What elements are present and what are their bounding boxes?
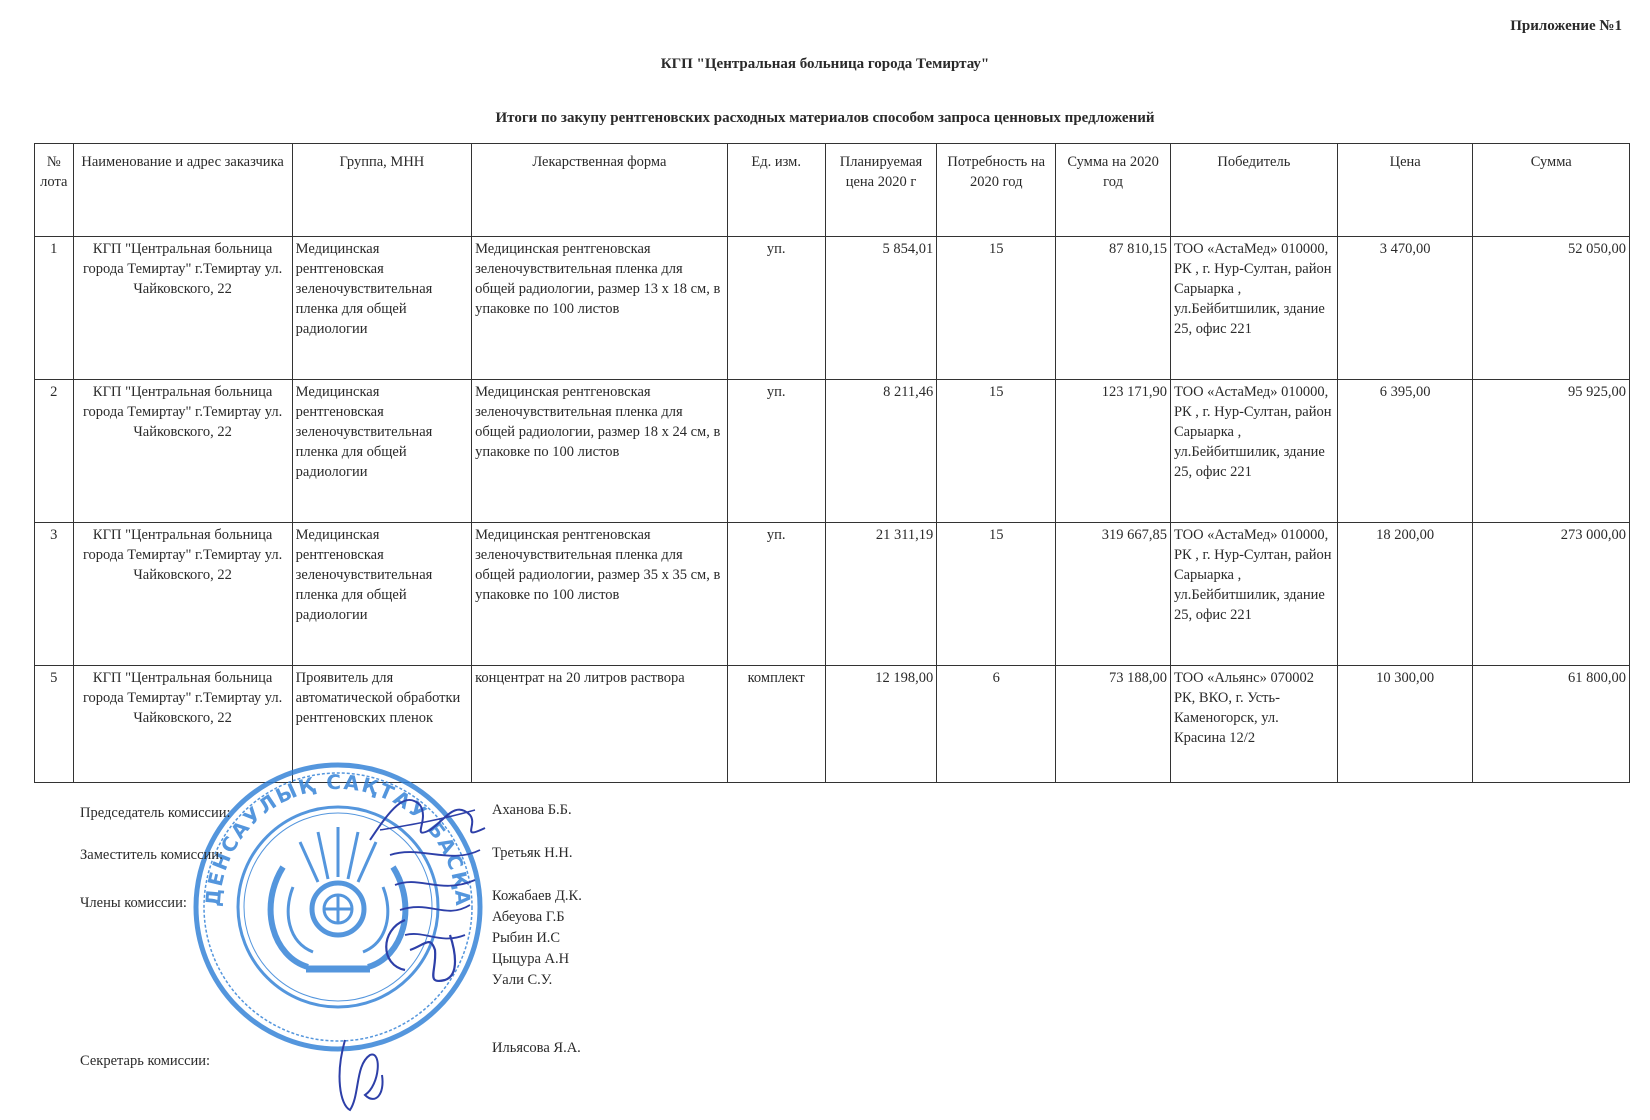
member-name: Цыцура А.Н [492, 951, 569, 968]
results-table: № лота Наименование и адрес заказчика Гр… [34, 143, 1630, 783]
customer-cell: КГП "Центральная больница города Темирта… [73, 523, 292, 666]
col-header-winner: Победитель [1170, 144, 1337, 237]
form-cell: концентрат на 20 литров раствора [472, 666, 728, 783]
lot-number: 3 [35, 523, 74, 666]
member-name: Уали С.У. [492, 972, 552, 989]
col-header-demand: Потребность на 2020 год [937, 144, 1056, 237]
planned-sum-cell: 123 171,90 [1056, 380, 1171, 523]
group-cell: Медицинская рентгеновская зеленочувствит… [292, 523, 471, 666]
planned-sum-cell: 87 810,15 [1056, 237, 1171, 380]
col-header-price: Цена [1337, 144, 1473, 237]
table-row: 3 КГП "Центральная больница города Темир… [35, 523, 1630, 666]
lot-number: 2 [35, 380, 74, 523]
planned-price-cell: 8 211,46 [825, 380, 937, 523]
lot-number: 5 [35, 666, 74, 783]
members-role: Члены комиссии: [80, 895, 187, 912]
form-cell: Медицинская рентгеновская зеленочувствит… [472, 380, 728, 523]
signature-icon [330, 1035, 390, 1115]
col-header-unit: Ед. изм. [727, 144, 825, 237]
member-name: Рыбин И.С [492, 930, 560, 947]
col-header-group: Группа, МНН [292, 144, 471, 237]
col-header-lot: № лота [35, 144, 74, 237]
secretary-name: Ильясова Я.А. [492, 1040, 581, 1057]
unit-cell: уп. [727, 237, 825, 380]
col-header-sum: Сумма [1473, 144, 1630, 237]
winner-cell: ТОО «АстаМед» 010000, РК , г. Нур-Султан… [1170, 380, 1337, 523]
table-row: 2 КГП "Центральная больница города Темир… [35, 380, 1630, 523]
demand-cell: 15 [937, 380, 1056, 523]
col-header-planned-sum: Сумма на 2020 год [1056, 144, 1171, 237]
deputy-name: Третьяк Н.Н. [492, 845, 572, 862]
organization-name: КГП "Центральная больница города Темирта… [0, 56, 1650, 73]
customer-cell: КГП "Центральная больница города Темирта… [73, 237, 292, 380]
signature-icon [375, 910, 475, 990]
table-row: 1 КГП "Центральная больница города Темир… [35, 237, 1630, 380]
planned-sum-cell: 319 667,85 [1056, 523, 1171, 666]
col-header-form: Лекарственная форма [472, 144, 728, 237]
unit-cell: уп. [727, 380, 825, 523]
price-cell: 3 470,00 [1337, 237, 1473, 380]
table-header-row: № лота Наименование и адрес заказчика Гр… [35, 144, 1630, 237]
winner-cell: ТОО «Альянс» 070002 РК, ВКО, г. Усть-Кам… [1170, 666, 1337, 783]
winner-cell: ТОО «АстаМед» 010000, РК , г. Нур-Султан… [1170, 237, 1337, 380]
demand-cell: 15 [937, 237, 1056, 380]
planned-price-cell: 21 311,19 [825, 523, 937, 666]
group-cell: Медицинская рентгеновская зеленочувствит… [292, 237, 471, 380]
group-cell: Медицинская рентгеновская зеленочувствит… [292, 380, 471, 523]
price-cell: 10 300,00 [1337, 666, 1473, 783]
planned-price-cell: 5 854,01 [825, 237, 937, 380]
sum-cell: 273 000,00 [1473, 523, 1630, 666]
sum-cell: 52 050,00 [1473, 237, 1630, 380]
document-title: Итоги по закупу рентгеновских расходных … [0, 110, 1650, 127]
appendix-label: Приложение №1 [1510, 18, 1622, 35]
col-header-customer: Наименование и адрес заказчика [73, 144, 292, 237]
planned-sum-cell: 73 188,00 [1056, 666, 1171, 783]
sum-cell: 61 800,00 [1473, 666, 1630, 783]
member-name: Кожабаев Д.К. [492, 888, 582, 905]
demand-cell: 6 [937, 666, 1056, 783]
sum-cell: 95 925,00 [1473, 380, 1630, 523]
form-cell: Медицинская рентгеновская зеленочувствит… [472, 523, 728, 666]
winner-cell: ТОО «АстаМед» 010000, РК , г. Нур-Султан… [1170, 523, 1337, 666]
member-name: Абеуова Г.Б [492, 909, 565, 926]
form-cell: Медицинская рентгеновская зеленочувствит… [472, 237, 728, 380]
price-cell: 18 200,00 [1337, 523, 1473, 666]
demand-cell: 15 [937, 523, 1056, 666]
price-cell: 6 395,00 [1337, 380, 1473, 523]
customer-cell: КГП "Центральная больница города Темирта… [73, 380, 292, 523]
unit-cell: комплект [727, 666, 825, 783]
col-header-planned-price: Планируемая цена 2020 г [825, 144, 937, 237]
lot-number: 1 [35, 237, 74, 380]
planned-price-cell: 12 198,00 [825, 666, 937, 783]
unit-cell: уп. [727, 523, 825, 666]
chairman-name: Аханова Б.Б. [492, 802, 572, 819]
